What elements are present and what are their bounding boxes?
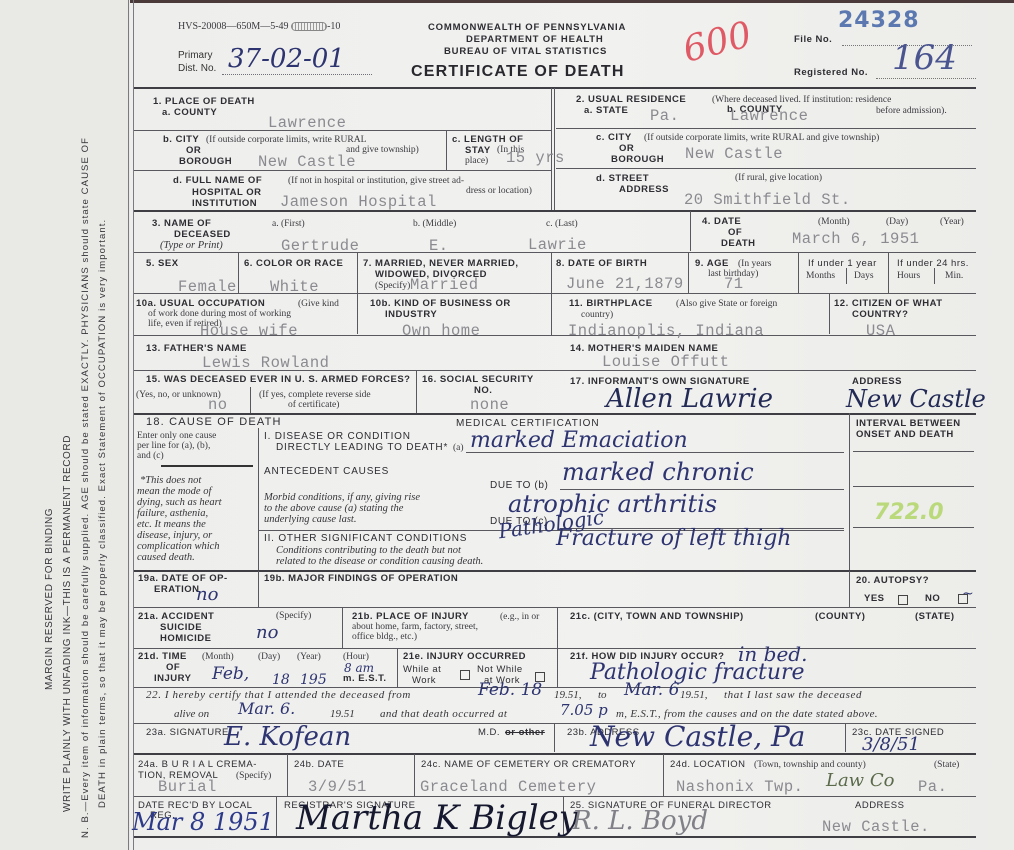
injury-county-label: (COUNTY) [815,611,865,622]
not-while-at-work-label: Not While [477,664,523,675]
cause-note-8: caused death. [137,552,195,563]
other-instr2: related to the disease or condition caus… [276,556,483,567]
disease-label2: DIRECTLY LEADING TO DEATH* [276,442,448,453]
middle-name: E. [429,237,449,255]
suicide-label: SUICIDE [160,622,202,633]
operation-date-label2: ERATION [154,584,200,595]
cause-b-value: marked chronic [562,458,754,486]
accident-specify: (Specify) [276,611,311,621]
business-label2: INDUSTRY [385,309,437,320]
cause-instr-1: Enter only one cause [137,431,216,441]
seal-icon [291,22,327,31]
hospital-label: d. FULL NAME OF [173,175,262,186]
other-conditions-label: II. OTHER SIGNIFICANT CONDITIONS [264,533,467,544]
location-state: Pa. [918,778,947,796]
injury-day-label: (Day) [258,652,280,662]
res-city-label: c. CITY [596,132,632,143]
location-county-handwritten: Law Co [826,770,894,791]
hospital-label2: HOSPITAL OR [192,187,262,198]
marital-specify: (Specify) [375,281,410,291]
ssn-value: none [470,396,509,414]
ssn-label: 16. SOCIAL SECURITY [422,374,534,385]
injury-state-label: (STATE) [915,611,955,622]
autopsy-label: 20. AUTOPSY? [856,575,929,586]
residence-street: 20 Smithfield St. [684,191,851,209]
dist-number: 37-02-01 [228,44,345,74]
middle-label: b. (Middle) [413,219,456,229]
time-of-injury-label: 21d. TIME [138,651,187,662]
hours-label: Hours [897,271,920,281]
red-mark: 600 [679,14,756,70]
certificate-title: CERTIFICATE OF DEATH [411,63,625,81]
age-instr: (In years [738,259,772,269]
injury-city-label: 21c. (CITY, TOWN AND TOWNSHIP) [570,611,744,622]
dist-underline [222,74,372,75]
autopsy-yes-label: YES [864,593,885,604]
certify-line2: alive on [174,709,209,720]
citizen-label: 12. CITIZEN OF WHAT [834,298,943,309]
cause-note-1: *This does not [140,475,201,486]
other-instr: Conditions contributing to the death but… [276,545,461,556]
time-of-injury-label3: INJURY [154,673,192,684]
city-borough: BOROUGH [179,156,232,167]
dod-day-label: (Day) [886,217,908,227]
street-label2: ADDRESS [619,184,669,195]
hospital-instr: (If not in hospital or institution, give… [288,176,464,186]
place-of-death-label: 1. PLACE OF DEATH [153,96,255,107]
res-city-borough: BOROUGH [611,154,664,165]
alive-on-year: 19.51 [330,709,355,720]
morbid-3: underlying cause last. [264,514,356,525]
occupation-instr: (Give kind [298,299,339,309]
cemetery-name: Graceland Cemetery [420,778,596,796]
cause-note-6: disease, injury, or [137,530,212,541]
header-rule [134,87,976,89]
father-name: Lewis Rowland [202,354,329,372]
findings-label: 19b. MAJOR FINDINGS OF OPERATION [264,573,458,584]
injury-est: m. E.S.T. [343,673,387,684]
father-label: 13. FATHER'S NAME [146,343,247,354]
date-received: Mar 8 1951 [132,808,274,836]
injury-year-label: (Year) [297,652,321,662]
name-label3: (Type or Print) [160,240,223,251]
dod-year-label: (Year) [940,217,964,227]
while-at-work-label: While at [403,664,441,675]
cause-a-value: marked Emaciation [470,428,688,453]
registered-underline [876,78,976,79]
date-signed: 3/8/51 [862,734,920,755]
under-24-label: If under 24 hrs. [897,258,969,269]
registered-no-label: Registered No. [794,67,868,78]
injury-occurred-label: 21e. INJURY OCCURRED [403,651,526,662]
margin-binding-text: MARGIN RESERVED FOR BINDING [44,508,55,690]
place-of-injury-instr: (e.g., in or [500,612,539,622]
res-city-instr: (If outside corporate limits, write RURA… [644,133,879,143]
antecedent-label: ANTECEDENT CAUSES [264,466,389,477]
disease-label: I. DISEASE OR CONDITION [264,431,411,442]
birthplace-instr: (Also give State or foreign [676,299,777,309]
location-label: 24d. LOCATION [670,759,746,770]
location-value: Nashonix Twp. [676,778,803,796]
physician-address: New Castle, Pa [590,720,805,753]
dod-month-label: (Month) [818,217,850,227]
ssn-label2: NO. [474,385,492,396]
bureau: BUREAU OF VITAL STATISTICS [444,46,607,57]
hospital-label3: INSTITUTION [192,198,257,209]
street-instr: (If rural, give location) [735,173,822,183]
business-value: Own home [402,322,480,340]
file-no-label: File No. [794,34,832,45]
birthplace-instr2: country) [581,310,613,320]
informant-signature: Allen Lawrie [606,384,773,414]
physician-signature-label: 23a. SIGNATURE [146,727,229,738]
burial-label: 24a. B U R I A L CREMA- [138,759,257,770]
first-label: a. (First) [272,219,305,229]
form-code: HVS-20008—650M—5-49 -10 [178,22,340,32]
hospital-name: Jameson Hospital [280,193,437,211]
funeral-director-address-label: ADDRESS [855,800,904,811]
dod-label3: DEATH [721,238,756,249]
burial-specify: (Specify) [236,771,271,781]
cemetery-label: 24c. NAME OF CEMETERY OR CREMATORY [421,759,636,770]
res-state-label: a. STATE [584,105,628,116]
operation-date-value: no [196,584,218,605]
injury-day: 18 [272,672,290,688]
death-city: New Castle [258,153,356,171]
registrar-signature: Martha K Bigley [296,798,578,838]
physician-signature: E. Kofean [224,722,351,752]
md-label: M.D. [478,727,500,738]
res-city-or: OR [619,143,634,154]
informant-address: New Castle [846,385,986,413]
primary-label: Primary [178,50,212,61]
margin-ink-text: WRITE PLAINLY WITH UNFADING INK—THIS IS … [62,435,73,812]
min-label: Min. [945,271,963,281]
dist-label: Dist. No. [178,63,216,74]
certify-line2-post: m, E.S.T., from the causes and on the da… [616,709,878,720]
how-injury-value2: Pathologic fracture [590,660,805,685]
accident-value: no [256,622,278,643]
birthplace-label: 11. BIRTHPLACE [569,298,653,309]
cause-note-3: dying, such as heart [137,497,222,508]
dod-label2: OF [728,227,742,238]
burial-date-label: 24b. DATE [294,759,344,770]
length-of-stay: 15 yrs [506,149,565,167]
occupation-instr2: of work done during most of working [148,309,291,319]
place-of-injury-label: 21b. PLACE OF INJURY [352,611,469,622]
registered-number: 164 [892,38,957,78]
hospital-instr2: dress or location) [466,186,532,196]
injury-month: Feb, [212,664,249,684]
age-value: 71 [724,275,744,293]
file-number: 24328 [838,8,920,33]
birthplace-value: Indianoplis, Indiana [568,322,764,340]
attended-from: Feb. 18 [478,680,542,700]
armed-instr2: (If yes, complete reverse side [259,390,371,400]
city-instr: (If outside corporate limits, write RURA… [206,135,366,145]
city-label: b. CITY [163,134,199,145]
funeral-director-signature: R. L. Boyd [572,806,708,836]
location-state-label: (State) [934,760,959,770]
location-instr: (Town, township and county) [754,760,866,770]
injury-year: 195 [300,672,327,688]
death-county: Lawrence [268,114,346,132]
date-of-death: March 6, 1951 [792,230,919,248]
margin-note-line1: N. B.—Every item of information should b… [80,137,91,838]
commonwealth: COMMONWEALTH OF PENNSYLVANIA [428,22,626,33]
occupation-value: House wife [200,322,298,340]
armed-forces-label: 15. WAS DECEASED EVER IN U. S. ARMED FOR… [146,374,410,385]
cause-note-2: mean the mode of [137,486,211,497]
autopsy-no-label: NO [925,593,940,604]
under-year-label: If under 1 year [808,258,877,269]
attended-to-year: 19.51, [680,690,708,701]
time-of-injury-label2: OF [166,662,180,673]
stay-instr2: place) [465,156,488,166]
age-label: 9. AGE [695,258,729,269]
first-name: Gertrude [281,237,359,255]
cause-code-mark: 722.0 [874,500,944,525]
stay-label2: STAY [465,145,491,156]
burial-value: Burial [158,778,217,796]
death-certificate: MARGIN RESERVED FOR BINDING WRITE PLAINL… [0,0,1014,850]
autopsy-yes-checkbox[interactable] [898,595,908,605]
morbid-1: Morbid conditions, if any, giving rise [264,492,420,503]
armed-forces-value: no [208,396,228,414]
days-label: Days [854,271,874,281]
cause-a-marker: (a) [453,443,464,453]
residence-label: 2. USUAL RESIDENCE [576,94,686,105]
months-label: Months [806,271,835,281]
injury-month-label: (Month) [202,652,234,662]
county-label: a. COUNTY [162,107,217,118]
burial-date: 3/9/51 [308,778,367,796]
while-at-work-checkbox[interactable] [460,670,470,680]
dob-label: 8. DATE OF BIRTH [556,258,647,269]
residence-city: New Castle [685,145,783,163]
dod-label: 4. DATE [702,216,741,227]
time-of-death: 7.05 p [560,701,608,719]
certify-line1-post: that I last saw the deceased [724,690,862,701]
cause-label: 18. CAUSE OF DEATH [146,416,282,428]
interval-label: INTERVAL BETWEEN [856,418,961,429]
interval-label2: ONSET AND DEATH [856,429,954,440]
cause-instr-3: and (c) [137,451,164,461]
citizen-label2: COUNTRY? [852,309,908,320]
department: DEPARTMENT OF HEALTH [466,34,604,45]
margin-note-line2: DEATH in plain terms, so that it may be … [97,219,108,808]
business-label: 10b. KIND OF BUSINESS OR [370,298,511,309]
to-label: to [598,690,607,701]
accident-label: 21a. ACCIDENT [138,611,214,622]
stay-label: c. LENGTH OF [452,134,523,145]
mother-name: Louise Offutt [602,353,729,371]
or-other-label: or other [505,727,545,738]
occupation-label: 10a. USUAL OCCUPATION [136,298,265,309]
attended-from-year: 19.51, [554,690,582,701]
last-label: c. (Last) [546,219,578,229]
certify-line2-mid: and that death occurred at [380,709,507,720]
race-label: 6. COLOR OR RACE [244,258,343,269]
funeral-director-address: New Castle. [822,818,930,836]
residence-instr2: before admission). [876,106,947,116]
city-or: OR [186,145,201,156]
operation-date-label: 19a. DATE OF OP- [138,573,228,584]
residence-state: Pa. [650,107,679,125]
scan-edge [0,0,1014,3]
homicide-label: HOMICIDE [160,633,212,644]
last-name: Lawrie [528,236,587,254]
name-label2: DECEASED [174,229,231,240]
cause-note-5: etc. It means the [137,519,206,530]
other-conditions-value: Fracture of left thigh [556,526,791,551]
name-label: 3. NAME OF [152,218,211,229]
place-of-injury-instr2: about home, farm, factory, street, [352,622,478,632]
city-instr2: and give township) [346,145,419,155]
place-of-injury-instr3: office bldg., etc.) [352,632,417,642]
race-value: White [270,278,319,296]
marital-label: 7. MARRIED, NEVER MARRIED, [363,258,519,269]
sex-label: 5. SEX [146,258,179,269]
morbid-2: to the above cause (a) stating the [264,503,403,514]
while-at-work-label2: Work [412,675,436,686]
residence-county: Lawrence [730,107,808,125]
attended-to: Mar. 6 [624,680,679,700]
armed-instr3: of certificate) [288,400,339,410]
sex-value: Female [178,278,237,296]
date-of-birth: June 21,1879 [566,275,684,293]
cause-note-7: complication which [137,541,220,552]
street-label: d. STREET [596,173,649,184]
autopsy-check-mark: ~ [962,586,974,602]
citizen-value: USA [866,322,895,340]
marital-value: Married [410,276,479,294]
alive-on-date: Mar. 6. [238,699,295,718]
cause-note-4: failure, asthenia, [137,508,208,519]
cause-instr-2: per line for (a), (b), [137,441,210,451]
